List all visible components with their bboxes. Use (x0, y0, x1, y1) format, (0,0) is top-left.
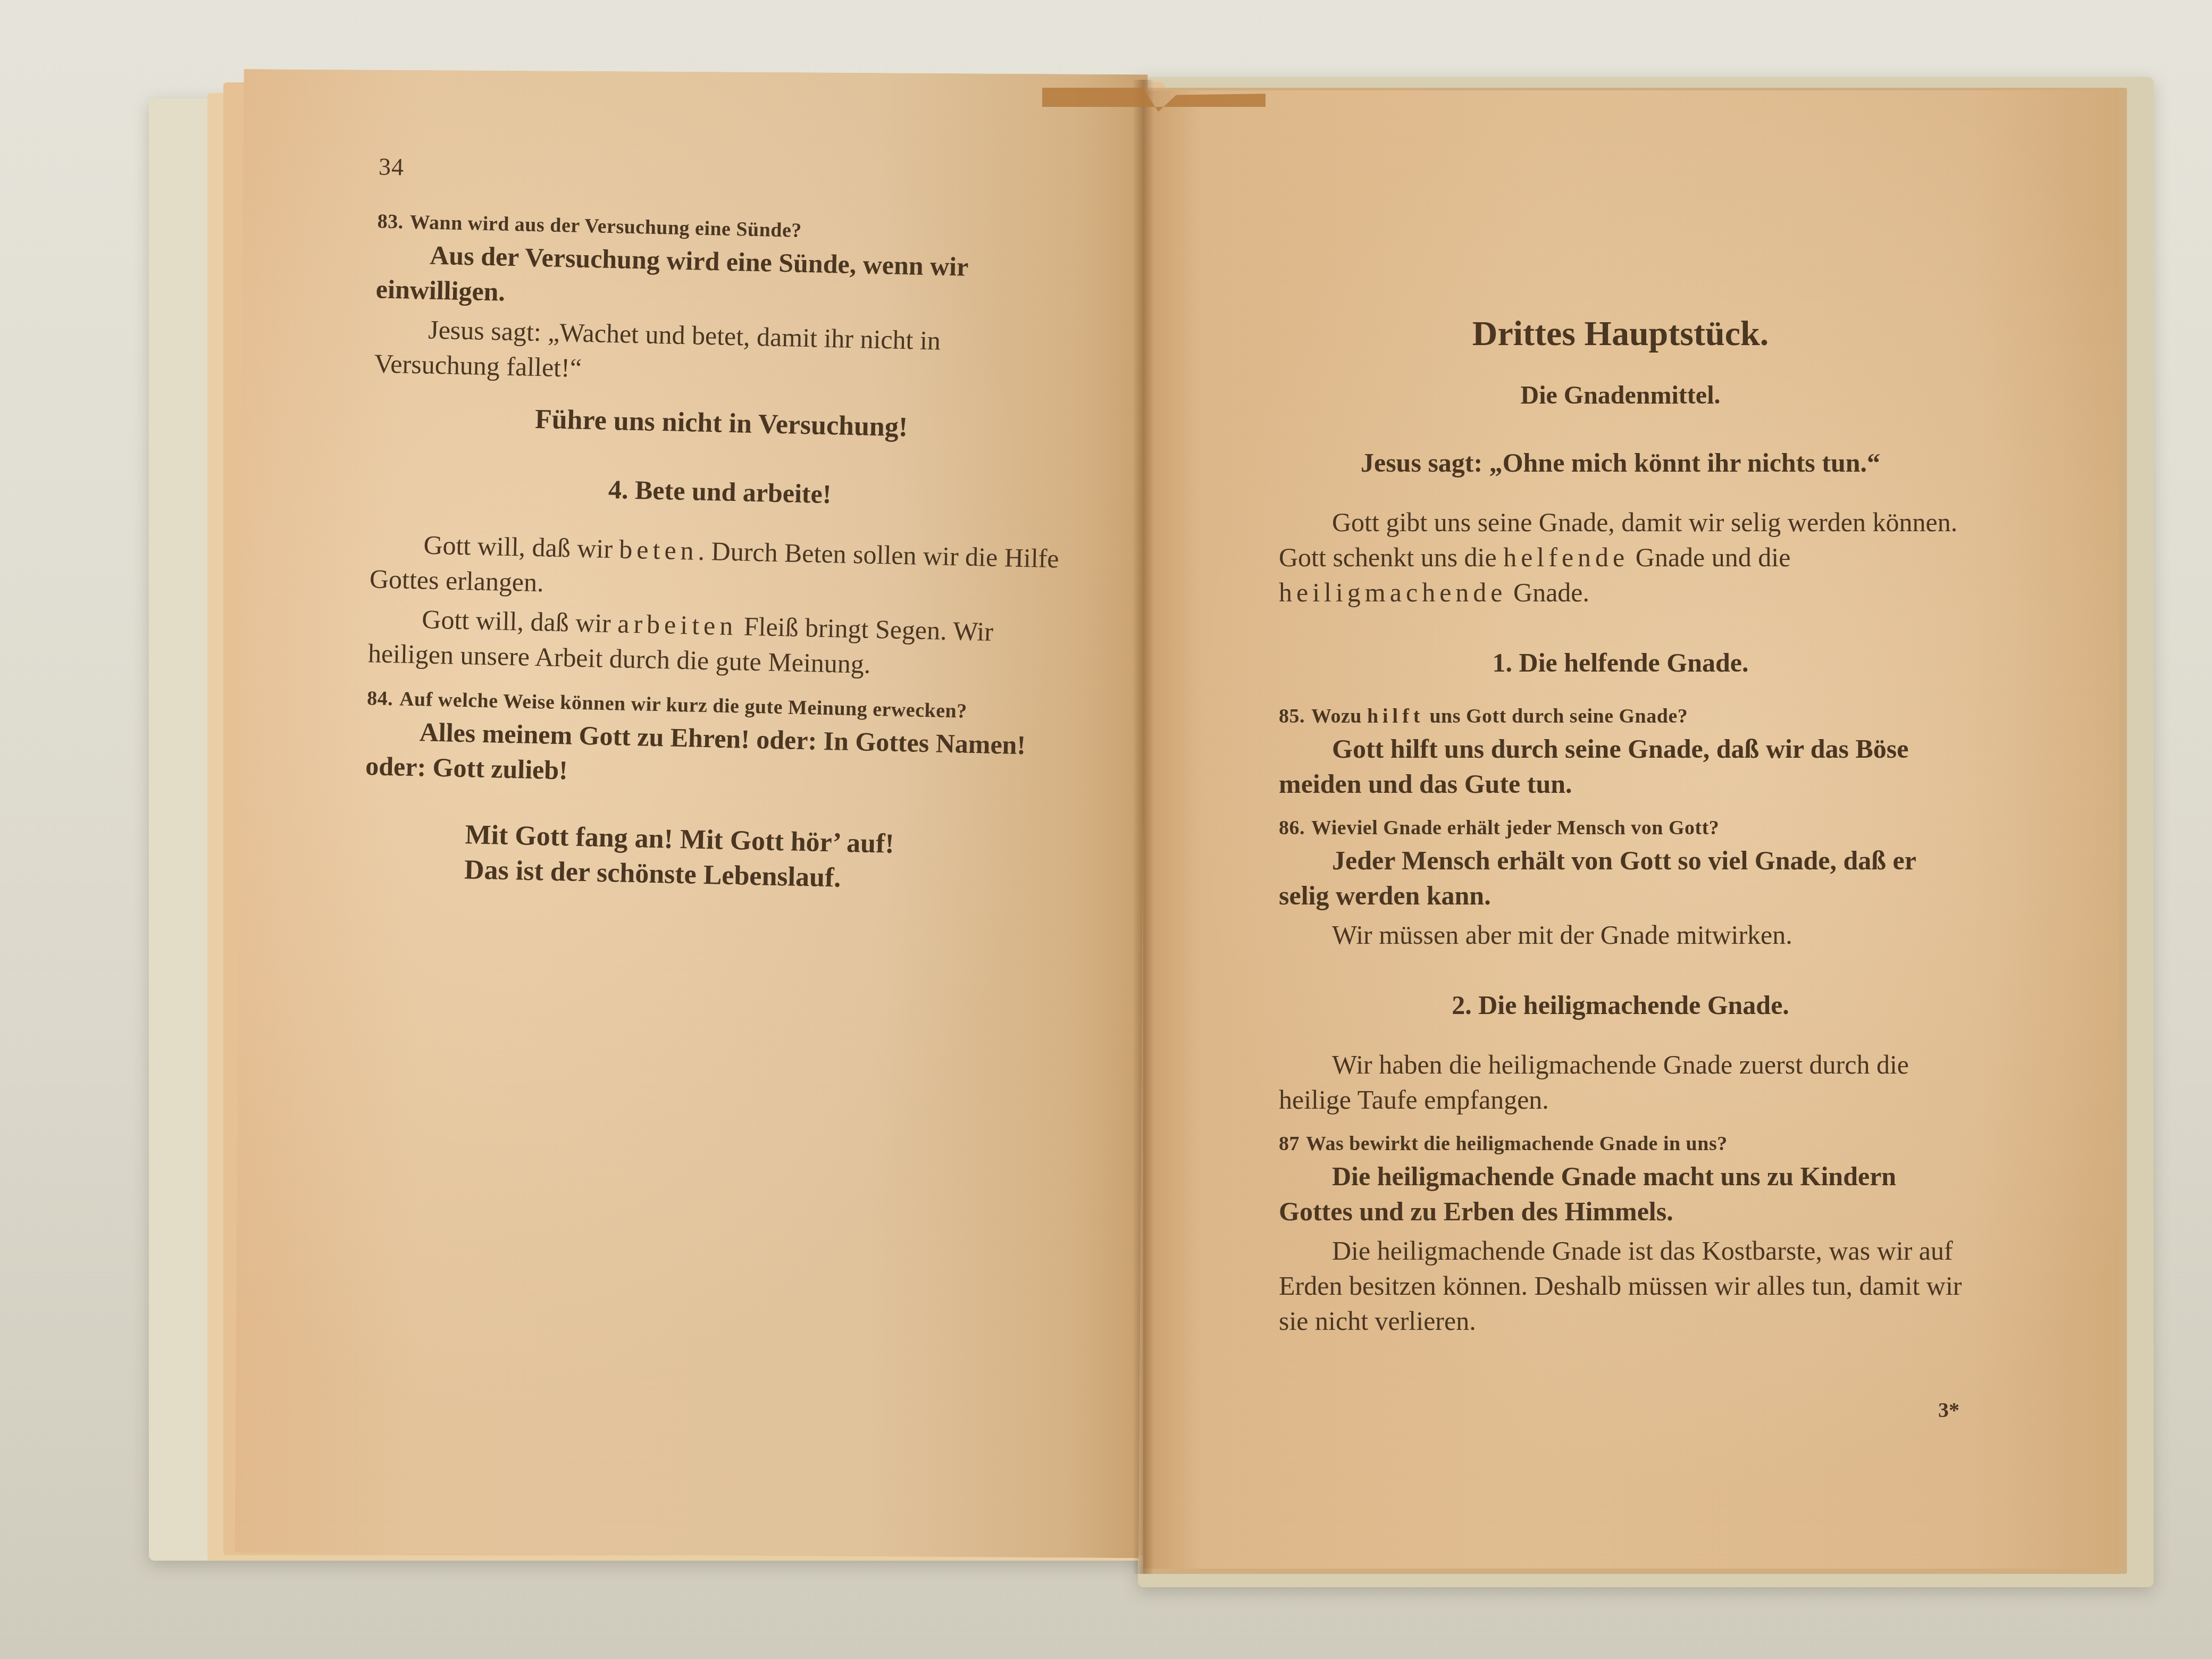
answer-86: Jeder Mensch erhält von Gott so viel Gna… (1279, 843, 1962, 913)
emphasis-beten: beten (619, 534, 698, 565)
question-number: 83. (377, 210, 404, 233)
section-title-bete-arbeite: 4. Bete und arbeite! (371, 468, 1068, 515)
note-87: Die heiligmachende Gnade ist das Kostbar… (1279, 1233, 1962, 1338)
question-text: Wann wird aus der Versuchung eine Sünde? (409, 211, 802, 242)
question-86: 86.Wieviel Gnade erhält jeder Mensch von… (1279, 816, 1962, 840)
question-number: 85. (1279, 705, 1305, 727)
motto-versuchung: Führe uns nicht in Versuchung! (373, 400, 1070, 447)
section-title-helfende-gnade: 1. Die helfende Gnade. (1279, 647, 1962, 678)
chapter-title: Drittes Hauptstück. (1279, 314, 1962, 354)
note-86: Wir müssen aber mit der Gnade mitwirken. (1279, 917, 1962, 952)
paragraph-taufe: Wir haben die heiligmachende Gnade zuers… (1279, 1047, 1962, 1117)
answer-84: Alles meinem Gott zu Ehren! oder: In Got… (365, 713, 1063, 799)
epigraph: Jesus sagt: „Ohne mich könnt ihr nichts … (1279, 447, 1962, 478)
right-page: Drittes Hauptstück. Die Gnadenmittel. Je… (1143, 90, 2119, 1569)
question-number: 87 (1279, 1133, 1300, 1155)
text: Gott will, daß wir (423, 530, 619, 564)
text: Gott will, daß wir (422, 604, 618, 638)
text: Gnade und die (1629, 542, 1790, 572)
emphasis-hilft: hilft (1367, 705, 1425, 727)
left-page-content: 34 83.Wann wird aus der Versuchung eine … (363, 152, 1076, 900)
chapter-subtitle: Die Gnadenmittel. (1279, 381, 1962, 410)
page-number: 34 (378, 152, 1075, 196)
text: uns Gott durch seine Gnade? (1424, 705, 1688, 727)
signature-mark: 3* (1938, 1397, 1959, 1422)
question-text: Was bewirkt die heiligmachende Gnade in … (1306, 1133, 1728, 1155)
question-85: 85.Wozu hilft uns Gott durch seine Gnade… (1279, 705, 1962, 728)
quote-jesus-wachet: Jesus sagt: „Wachet und betet, damit ihr… (374, 311, 1072, 396)
left-page: 34 83.Wann wird aus der Versuchung eine … (234, 69, 1147, 1558)
question-number: 86. (1279, 817, 1305, 839)
emphasis-arbeiten: arbeiten (617, 608, 738, 641)
answer-85: Gott hilft uns durch seine Gnade, daß wi… (1279, 731, 1962, 801)
text: Gnade. (1507, 577, 1590, 607)
paragraph-beten: Gott will, daß wir beten. Durch Beten so… (369, 526, 1067, 611)
question-text: Wieviel Gnade erhält jeder Mensch von Go… (1311, 817, 1719, 839)
right-page-content: Drittes Hauptstück. Die Gnadenmittel. Je… (1279, 314, 1962, 1343)
emphasis-helfende: helfende (1503, 542, 1629, 572)
answer-83: Aus der Versuchung wird eine Sünde, wenn… (375, 236, 1074, 322)
intro-paragraph: Gott gibt uns seine Gnade, damit wir sel… (1279, 505, 1962, 610)
verse: Mit Gott fang an! Mit Gott hör’ auf! Das… (464, 817, 1061, 900)
text: Wozu (1311, 705, 1367, 727)
question-number: 84. (367, 687, 393, 710)
paragraph-arbeiten: Gott will, daß wir arbeiten Fleiß bringt… (367, 600, 1066, 686)
book-spine (1133, 80, 1154, 1574)
question-87: 87Was bewirkt die heiligmachende Gnade i… (1279, 1132, 1962, 1155)
answer-87: Die heiligmachende Gnade macht uns zu Ki… (1279, 1159, 1962, 1229)
emphasis-heiligmachende: heiligmachende (1279, 577, 1507, 607)
section-title-heiligmachende-gnade: 2. Die heiligmachende Gnade. (1279, 990, 1962, 1020)
